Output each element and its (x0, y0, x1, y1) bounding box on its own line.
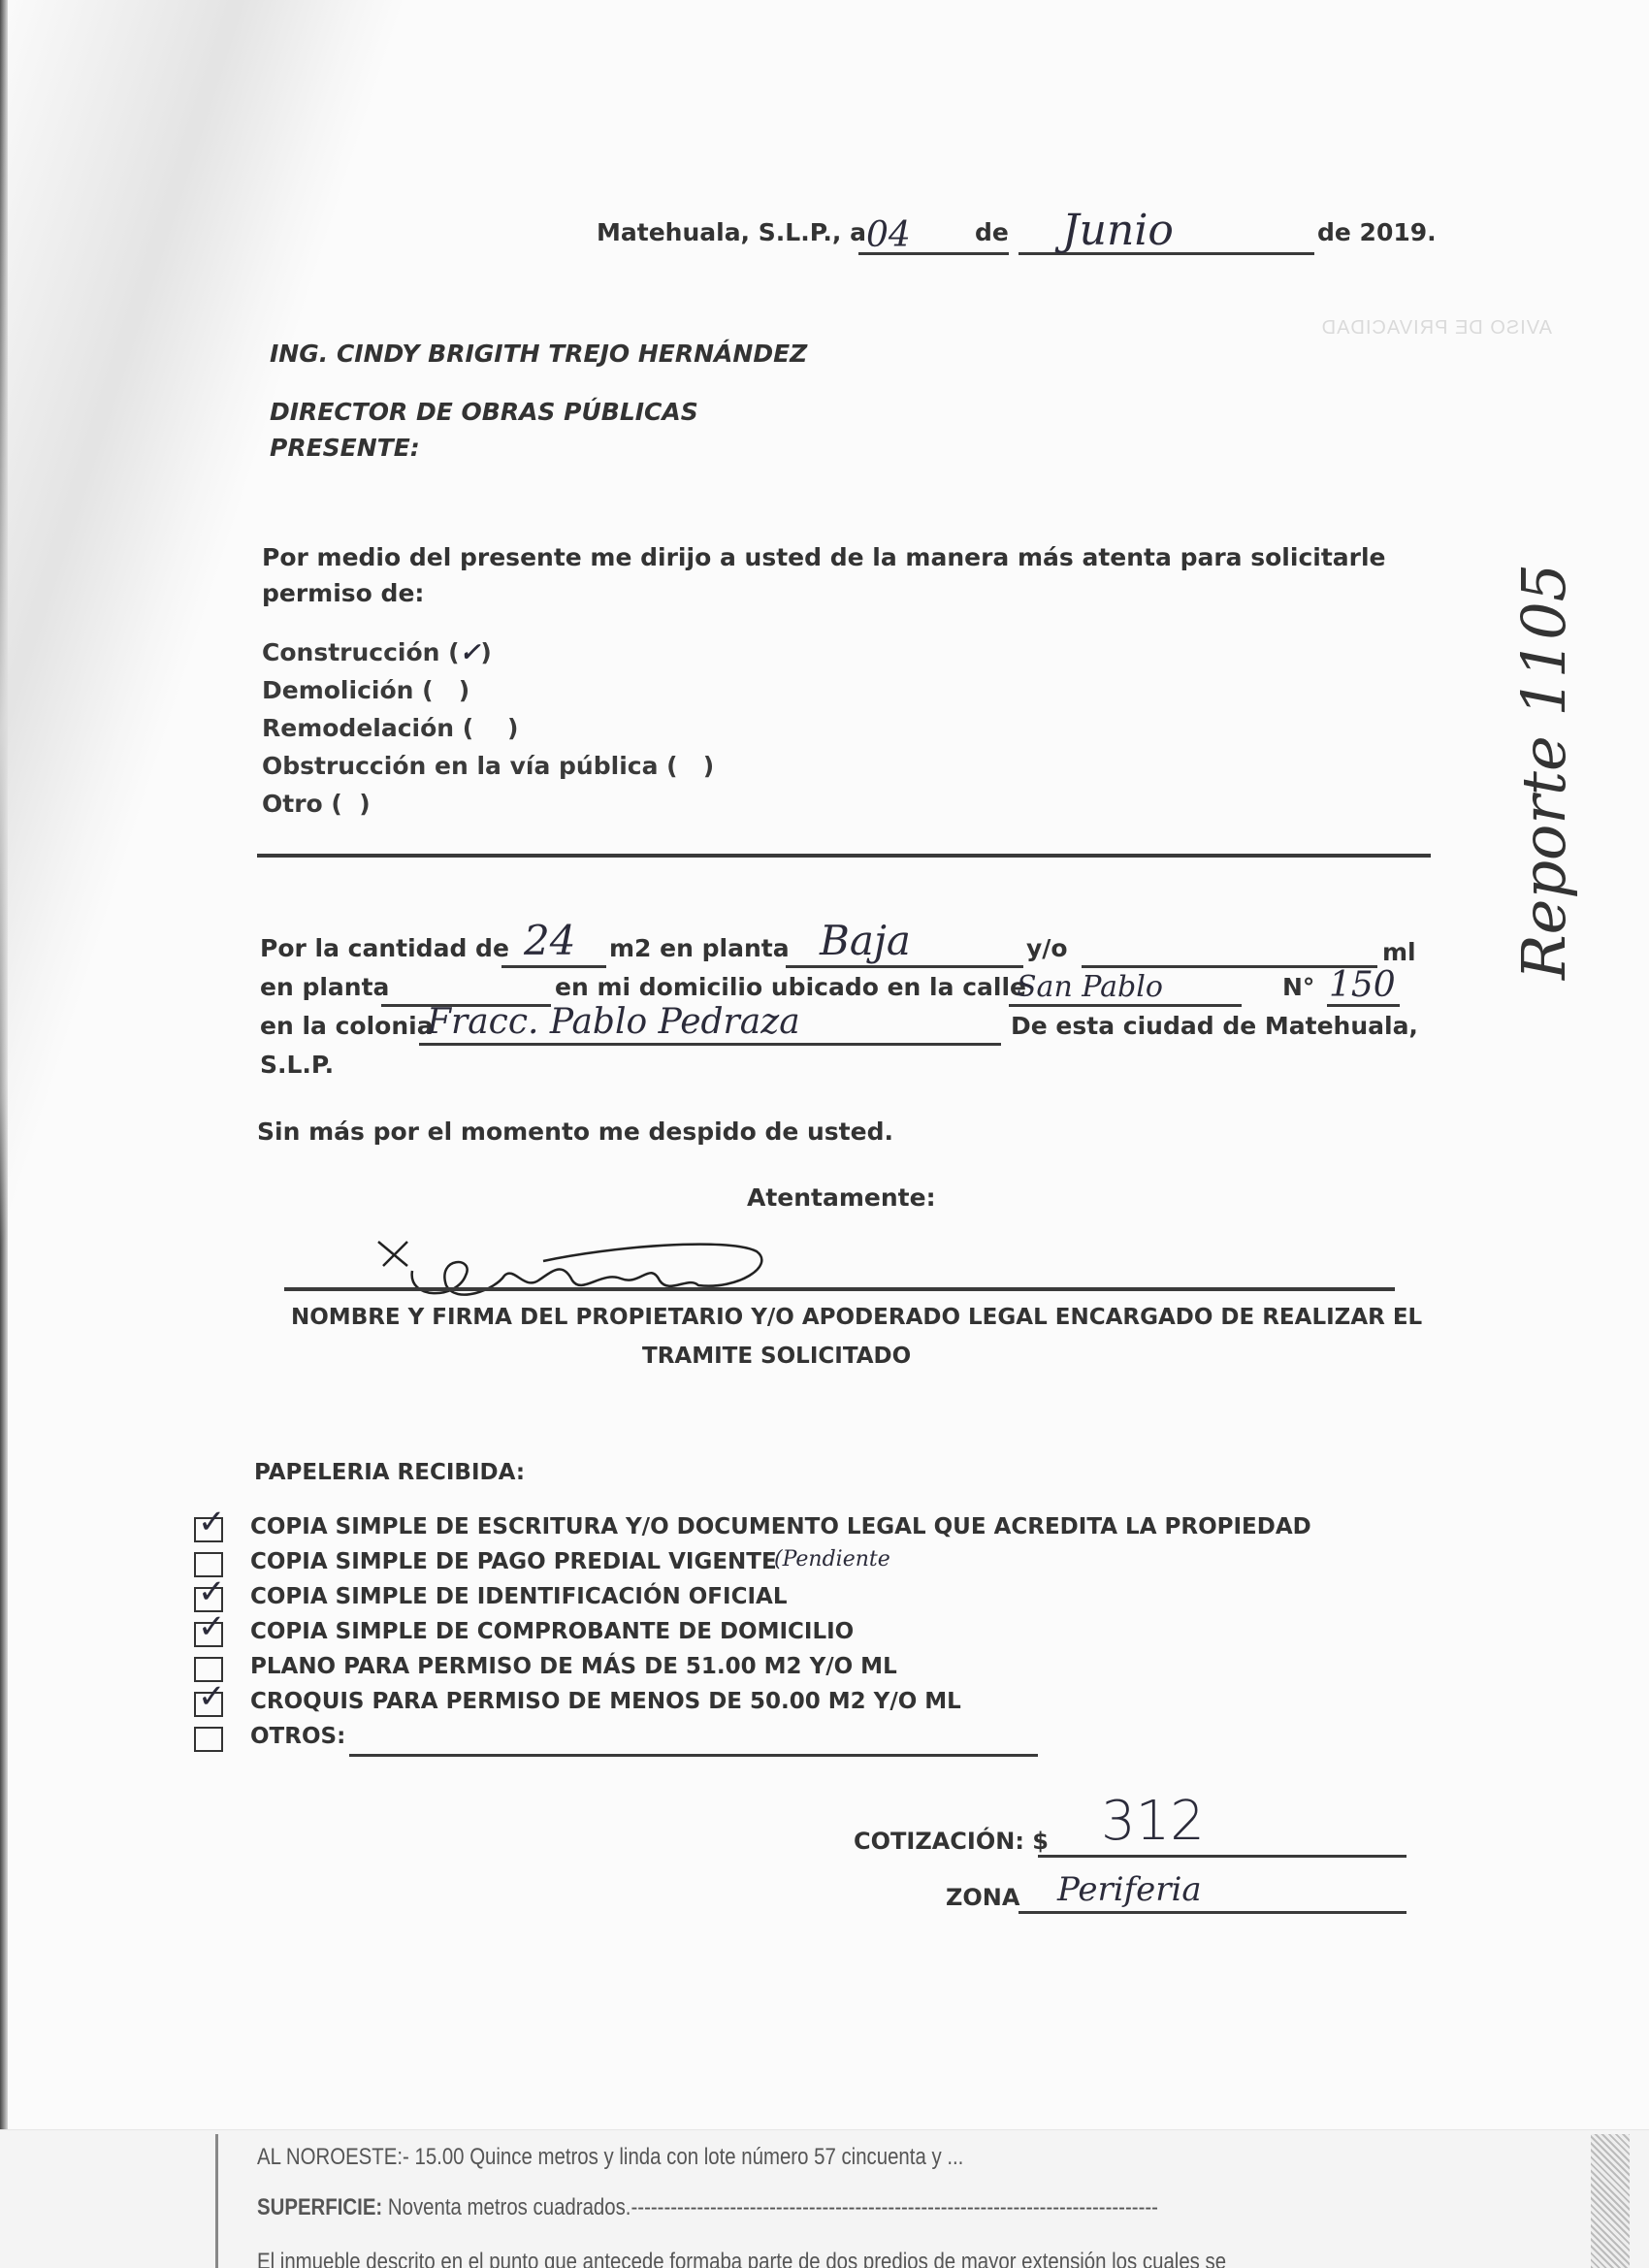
permit-type-remodelacion[interactable]: Remodelación ( ) (262, 714, 518, 742)
check-mark-icon: ✓ (460, 638, 481, 667)
underlying-line-3: El inmueble descrito en el punto que ant… (257, 2249, 1226, 2268)
colonia-field[interactable] (419, 1043, 1001, 1046)
place-prefix: Matehuala, S.L.P., a (597, 218, 866, 246)
permit-label: Otro ( (262, 790, 342, 818)
underlying-page-pattern (1591, 2134, 1630, 2268)
qty-label-10: S.L.P. (260, 1051, 334, 1079)
farewell-text: Sin más por el momento me despido de ust… (257, 1118, 893, 1146)
intro-line-1: Por medio del presente me dirijo a usted… (262, 543, 1386, 571)
zona-value: Periferia (1057, 1870, 1202, 1909)
check-mark-icon: ✓ (198, 1680, 226, 1713)
permit-type-obstruccion[interactable]: Obstrucción en la vía pública ( ) (262, 752, 714, 780)
permit-close: ) (459, 676, 469, 704)
permit-type-otro[interactable]: Otro ( ) (262, 790, 371, 818)
papeleria-title: PAPELERIA RECIBIDA: (254, 1460, 525, 1485)
permit-close: ) (507, 714, 518, 742)
de-label-1: de (975, 218, 1009, 246)
checkbox-domicilio[interactable]: ✓ (194, 1622, 223, 1647)
qty-label-1: Por la cantidad de (260, 934, 509, 962)
permit-label: Construcción ( (262, 638, 460, 666)
colonia-value: Fracc. Pablo Pedraza (427, 1002, 800, 1042)
show-through-heading: AVISO DE PRIVACIDAD (1321, 317, 1552, 339)
qty-label-3: y/o (1026, 934, 1068, 962)
day-value: 04 (866, 215, 911, 255)
check-mark-icon: ✓ (198, 1575, 226, 1608)
intro-line-2: permiso de: (262, 579, 424, 607)
papeleria-label: OTROS: (250, 1724, 345, 1749)
m2-field[interactable] (501, 965, 606, 968)
qty-label-7: N° (1282, 973, 1314, 1001)
qty-label-4: ml (1382, 938, 1416, 966)
planta-value: Baja (820, 917, 911, 964)
zona-field[interactable] (1018, 1911, 1406, 1914)
checkbox-croquis[interactable]: ✓ (194, 1692, 223, 1717)
addressee-presente: PRESENTE: (270, 434, 420, 462)
zona-label: ZONA (946, 1884, 1019, 1911)
underlying-page-edge (215, 2134, 218, 2268)
planta-field[interactable] (786, 965, 1023, 968)
m2-value: 24 (524, 917, 575, 964)
checkbox-otros[interactable] (194, 1727, 223, 1752)
section-divider (257, 854, 1431, 858)
check-mark-icon: ✓ (198, 1506, 226, 1539)
qty-label-8: en la colonia (260, 1012, 434, 1040)
permit-close: ) (480, 638, 491, 666)
papeleria-label: COPIA SIMPLE DE COMPROBANTE DE DOMICILIO (250, 1619, 854, 1644)
papeleria-label: COPIA SIMPLE DE ESCRITURA Y/O DOCUMENTO … (250, 1514, 1311, 1539)
papeleria-label: PLANO PARA PERMISO DE MÁS DE 51.00 M2 Y/… (250, 1654, 897, 1679)
papeleria-label: COPIA SIMPLE DE IDENTIFICACIÓN OFICIAL (250, 1584, 787, 1609)
signature-caption-1: NOMBRE Y FIRMA DEL PROPIETARIO Y/O APODE… (291, 1305, 1422, 1330)
street-field[interactable] (1009, 1004, 1242, 1007)
cotizacion-value: 312 (1101, 1790, 1205, 1853)
underlying-line-2: SUPERFICIE: Noventa metros cuadrados.---… (257, 2194, 1158, 2221)
permit-close: ) (703, 752, 714, 780)
check-mark-icon: ✓ (198, 1610, 226, 1643)
underlying-line-1: AL NOROESTE:- 15.00 Quince metros y lind… (257, 2144, 963, 2171)
number-value: 150 (1329, 965, 1396, 1005)
month-value: Junio (1062, 206, 1174, 255)
addressee-name: ING. CINDY BRIGITH TREJO HERNÁNDEZ (270, 340, 807, 368)
checkbox-escritura[interactable]: ✓ (194, 1517, 223, 1542)
permit-close: ) (359, 790, 370, 818)
cotizacion-label: COTIZACIÓN: $ (854, 1828, 1049, 1855)
permit-label: Obstrucción en la vía pública ( (262, 752, 678, 780)
signature-icon (369, 1232, 834, 1310)
scan-edge (0, 0, 8, 2268)
permit-type-demolicion[interactable]: Demolición ( ) (262, 676, 469, 704)
otros-field[interactable] (349, 1754, 1038, 1757)
qty-label-9: De esta ciudad de Matehuala, (1011, 1012, 1418, 1040)
cotizacion-field[interactable] (1038, 1855, 1406, 1858)
permit-label: Remodelación ( (262, 714, 473, 742)
qty-label-6: en mi domicilio ubicado en la calle (555, 973, 1026, 1001)
papeleria-note: (Pendiente (774, 1547, 890, 1571)
signature-line[interactable] (284, 1287, 1395, 1291)
qty-label-5: en planta (260, 973, 389, 1001)
papeleria-label: COPIA SIMPLE DE PAGO PREDIAL VIGENTE (250, 1549, 777, 1574)
addressee-title: DIRECTOR DE OBRAS PÚBLICAS (270, 398, 698, 426)
qty-label-2: m2 en planta (609, 934, 790, 962)
permit-label: Demolición ( (262, 676, 434, 704)
signature-caption-2: TRAMITE SOLICITADO (642, 1344, 911, 1369)
street-value: San Pablo (1017, 970, 1163, 1004)
atentamente-text: Atentamente: (747, 1183, 936, 1212)
underlying-value: Noventa metros cuadrados.---------------… (382, 2194, 1158, 2220)
year-suffix: de 2019. (1317, 218, 1437, 246)
margin-note: Reporte 1105 (1508, 564, 1579, 980)
papeleria-label: CROQUIS PARA PERMISO DE MENOS DE 50.00 M… (250, 1689, 961, 1714)
permit-type-construccion[interactable]: Construcción (✓) (262, 638, 492, 667)
underlying-label: SUPERFICIE: (257, 2194, 382, 2220)
